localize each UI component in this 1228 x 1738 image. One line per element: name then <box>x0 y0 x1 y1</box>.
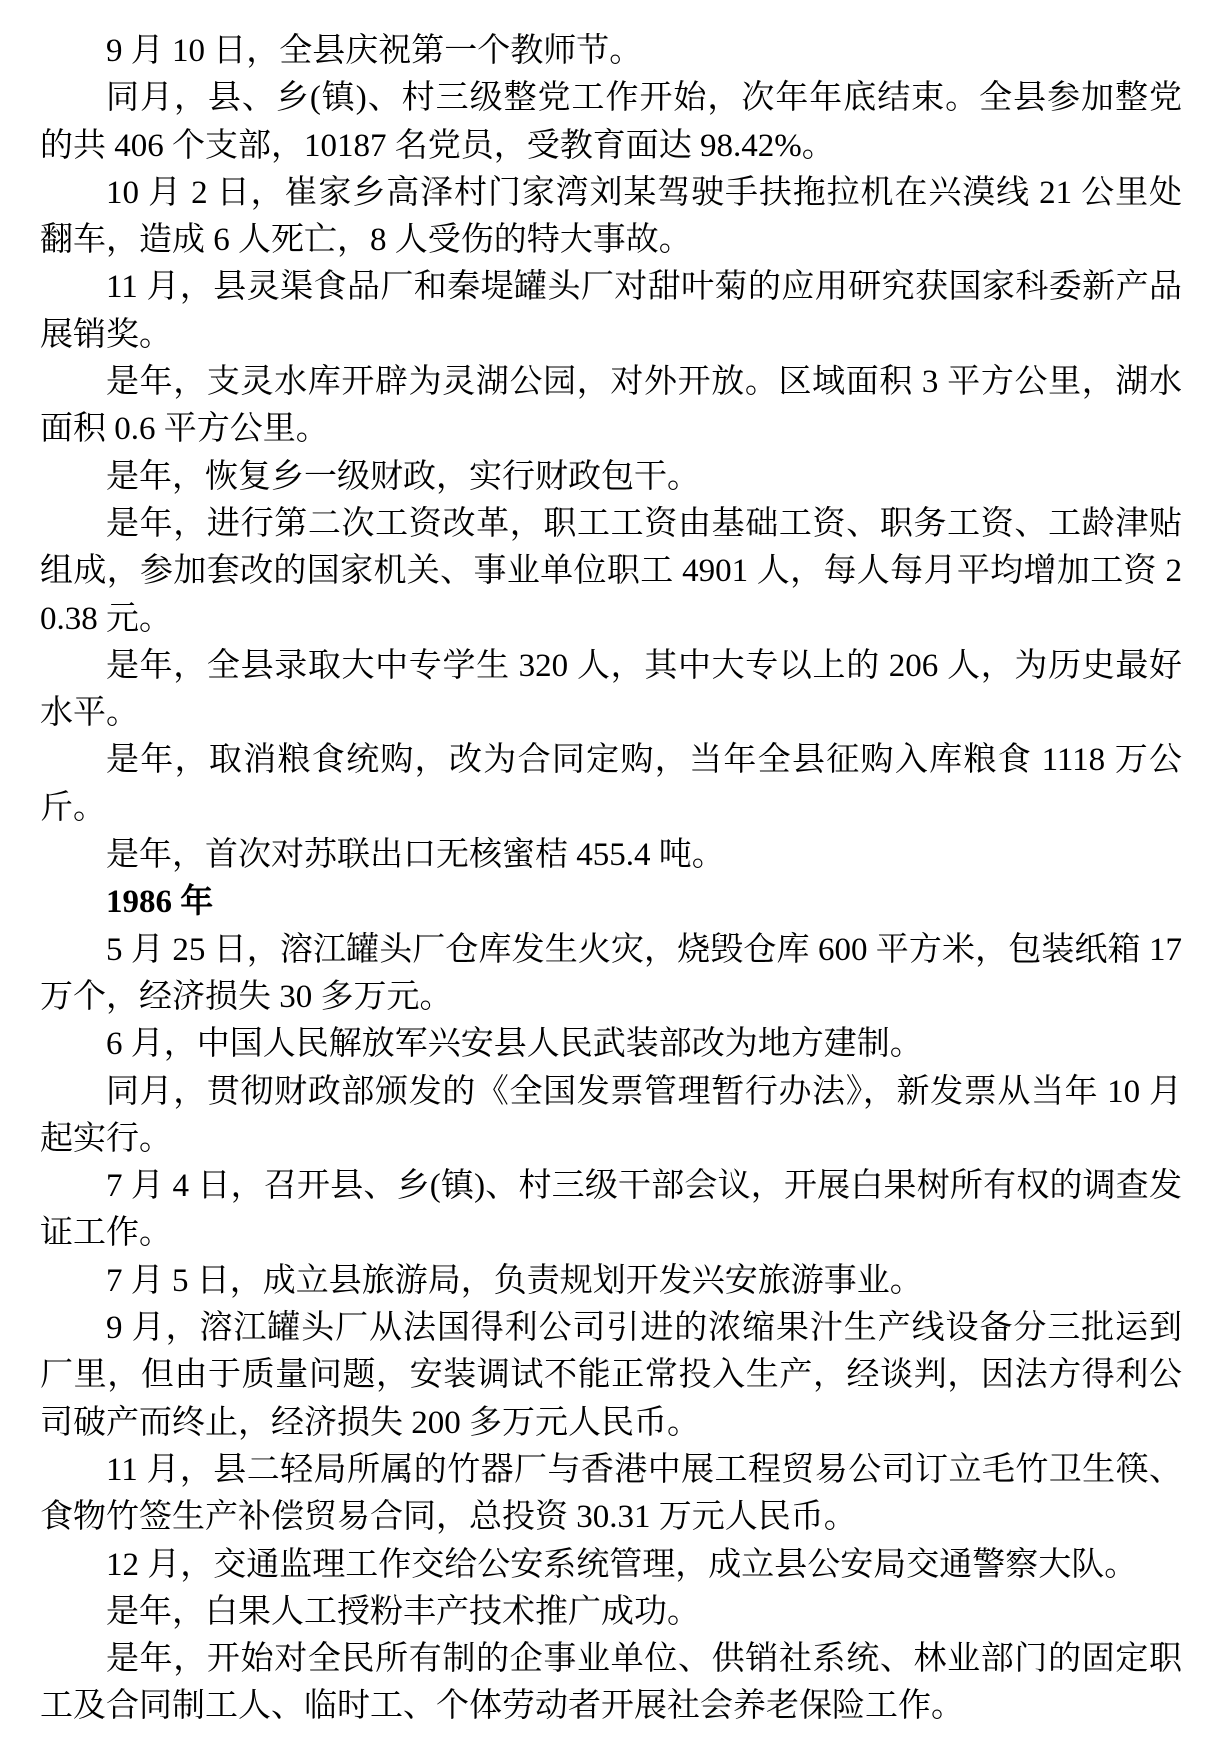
paragraph: 同月，县、乡(镇)、村三级整党工作开始，次年年底结束。全县参加整党的共 406 … <box>40 75 1182 170</box>
paragraph: 是年，白果人工授粉丰产技术推广成功。 <box>40 1589 1182 1636</box>
paragraph: 7 月 5 日，成立县旅游局，负责规划开发兴安旅游事业。 <box>40 1258 1182 1305</box>
paragraph: 是年，进行第二次工资改革，职工工资由基础工资、职务工资、工龄津贴组成，参加套改的… <box>40 501 1182 643</box>
year-heading: 1986 年 <box>40 879 1182 926</box>
paragraph: 10 月 2 日，崔家乡高泽村门家湾刘某驾驶手扶拖拉机在兴漠线 21 公里处翻车… <box>40 170 1182 265</box>
paragraph: 是年，全县录取大中专学生 320 人，其中大专以上的 206 人，为历史最好水平… <box>40 643 1182 738</box>
paragraph: 9 月 10 日，全县庆祝第一个教师节。 <box>40 28 1182 75</box>
paragraph: 是年，恢复乡一级财政，实行财政包干。 <box>40 454 1182 501</box>
document-page: 9 月 10 日，全县庆祝第一个教师节。同月，县、乡(镇)、村三级整党工作开始，… <box>0 0 1228 1738</box>
paragraph: 是年，开始对全民所有制的企事业单位、供销社系统、林业部门的固定职工及合同制工人、… <box>40 1636 1182 1731</box>
paragraph: 12 月，交通监理工作交给公安系统管理，成立县公安局交通警察大队。 <box>40 1542 1182 1589</box>
paragraph: 6 月，中国人民解放军兴安县人民武装部改为地方建制。 <box>40 1021 1182 1068</box>
paragraph: 11 月，县二轻局所属的竹器厂与香港中展工程贸易公司订立毛竹卫生筷、食物竹签生产… <box>40 1447 1182 1542</box>
paragraph: 11 月，县灵渠食品厂和秦堤罐头厂对甜叶菊的应用研究获国家科委新产品展销奖。 <box>40 264 1182 359</box>
paragraph: 是年，支灵水库开辟为灵湖公园，对外开放。区域面积 3 平方公里，湖水面积 0.6… <box>40 359 1182 454</box>
paragraph: 5 月 25 日，溶江罐头厂仓库发生火灾，烧毁仓库 600 平方米，包装纸箱 1… <box>40 927 1182 1022</box>
paragraph: 7 月 4 日，召开县、乡(镇)、村三级干部会议，开展白果树所有权的调查发证工作… <box>40 1163 1182 1258</box>
paragraph: 是年，取消粮食统购，改为合同定购，当年全县征购入库粮食 1118 万公斤。 <box>40 737 1182 832</box>
paragraph: 同月，贯彻财政部颁发的《全国发票管理暂行办法》，新发票从当年 10 月起实行。 <box>40 1069 1182 1164</box>
paragraph: 是年，首次对苏联出口无核蜜桔 455.4 吨。 <box>40 832 1182 879</box>
paragraph: 9 月，溶江罐头厂从法国得利公司引进的浓缩果汁生产线设备分三批运到厂里，但由于质… <box>40 1305 1182 1447</box>
